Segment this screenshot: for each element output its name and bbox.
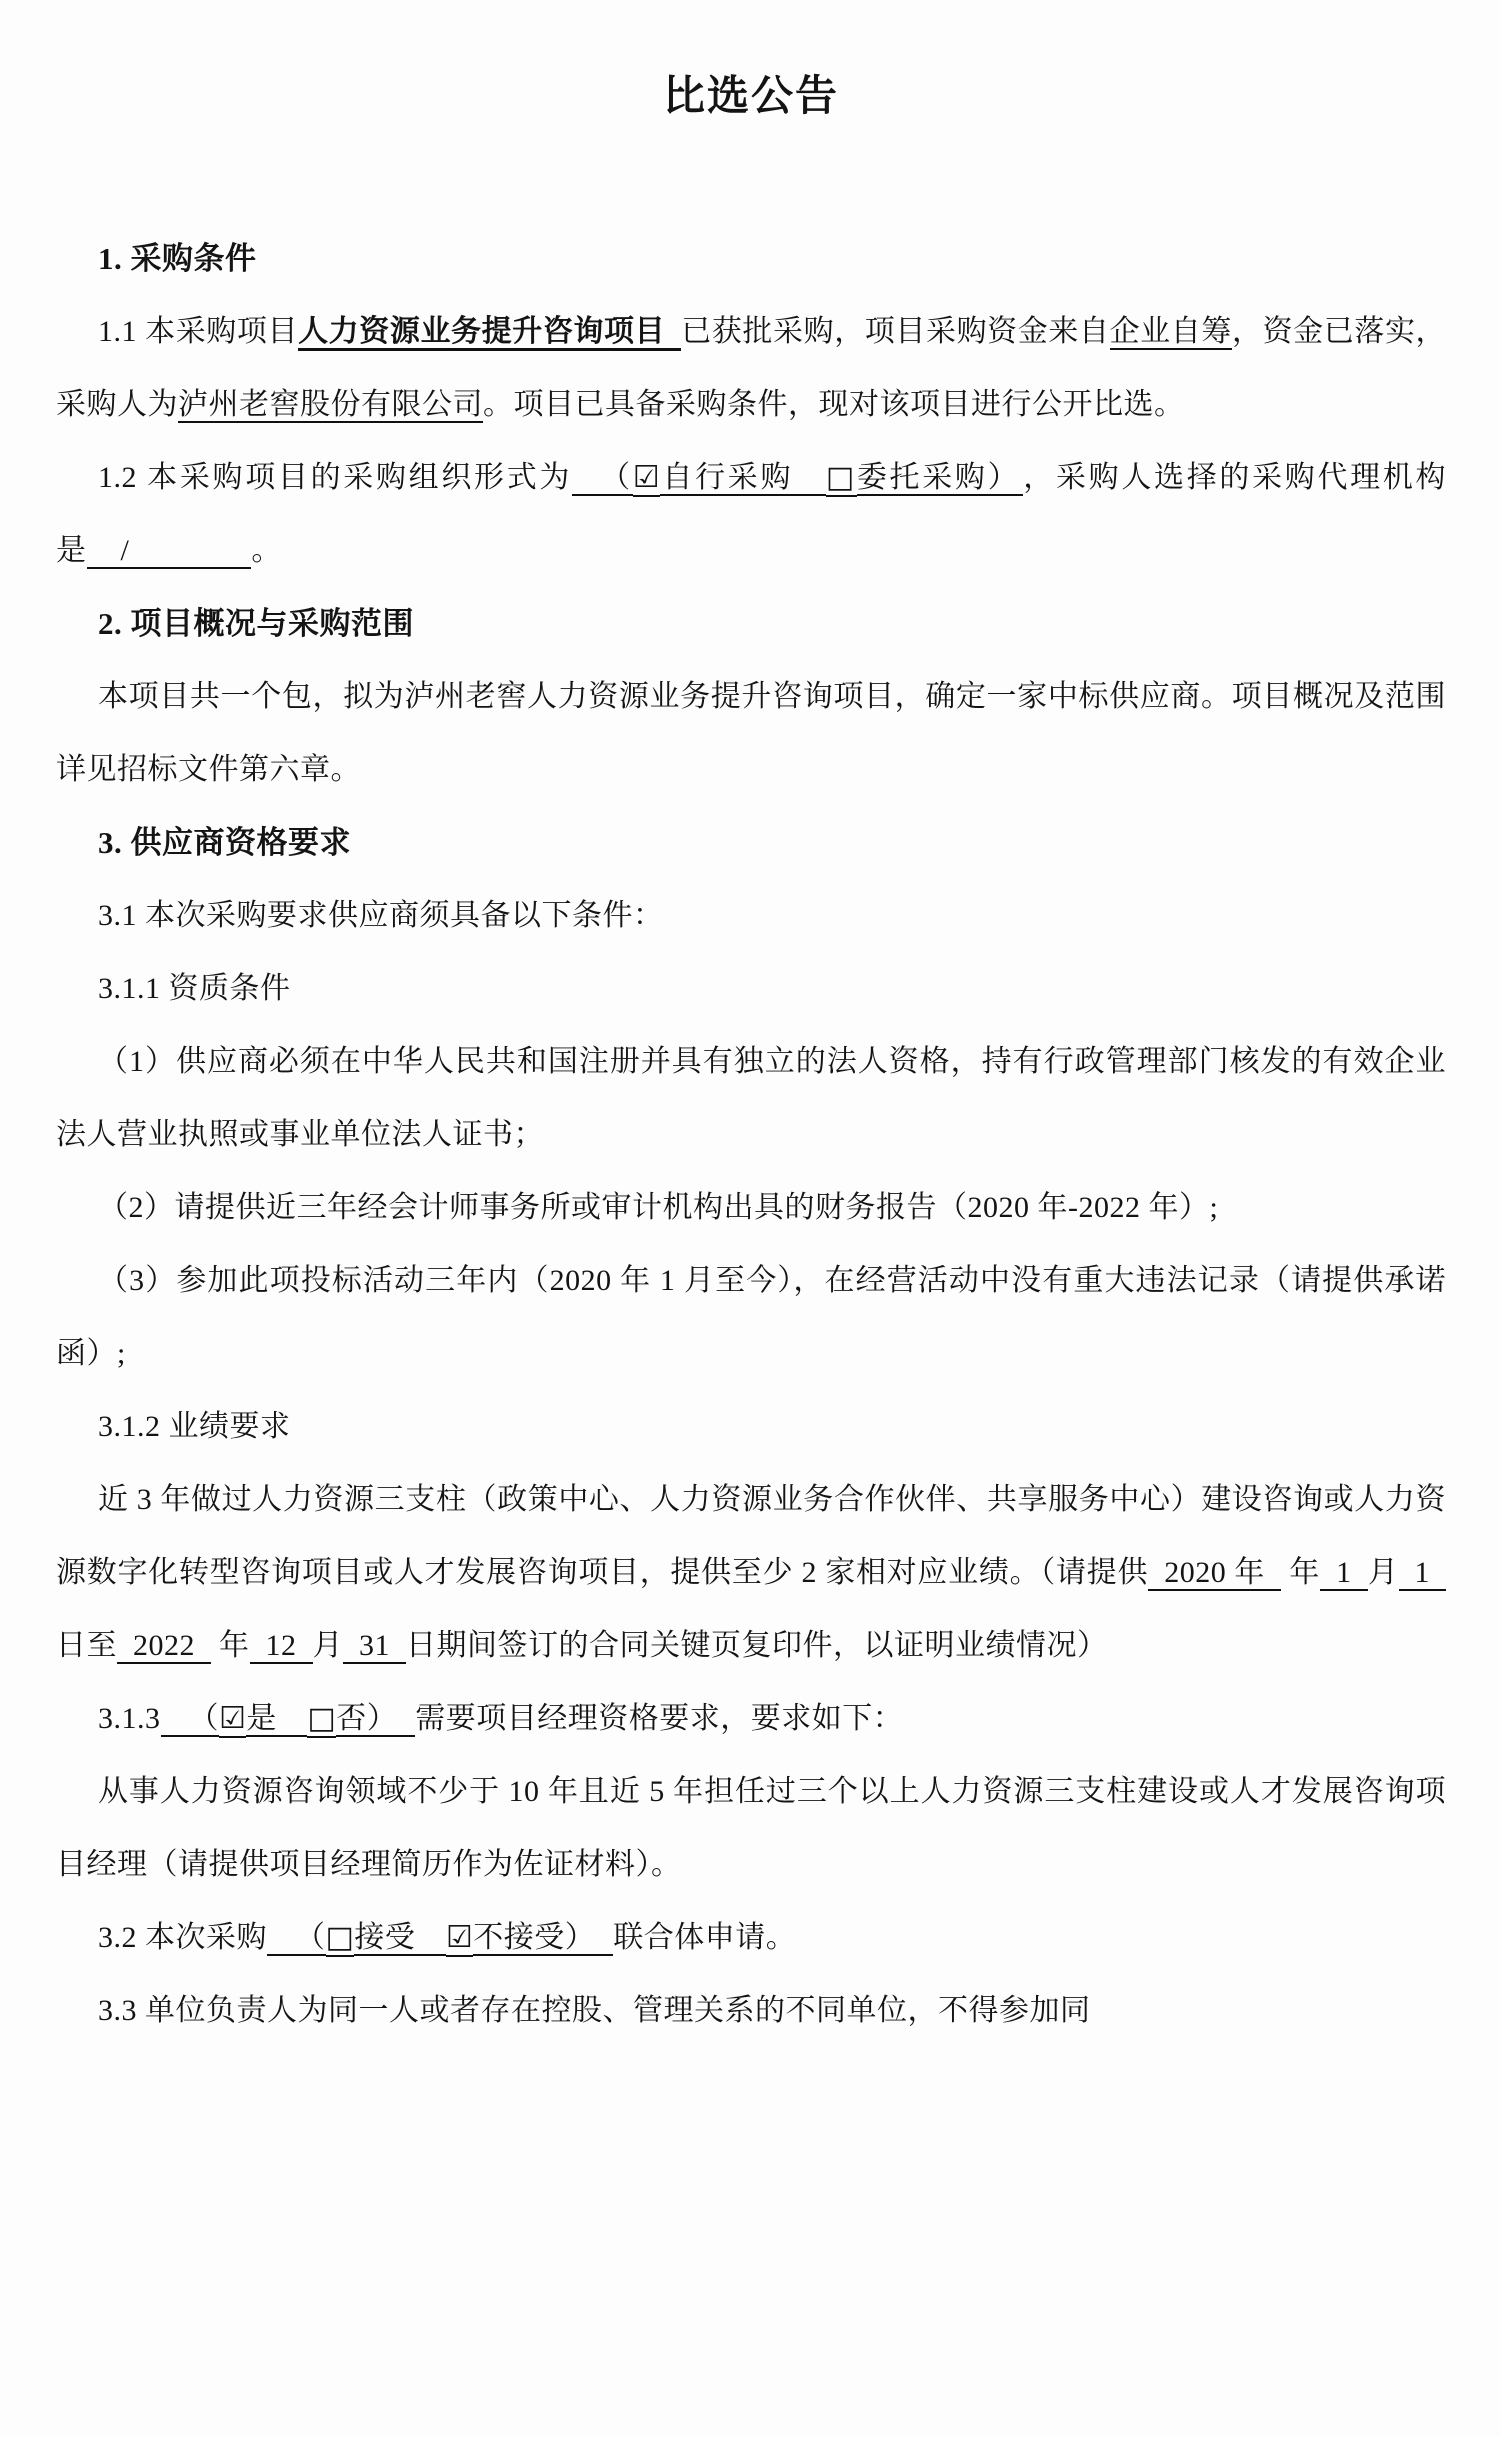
- text-run: 从事人力资源咨询领域不少于 10 年且近 5 年担任过三个以上人力资源三支柱建设…: [56, 1775, 1446, 1881]
- year-from-blank: 2020 年: [1148, 1556, 1281, 1591]
- checkbox-empty-icon: □: [307, 1701, 336, 1738]
- text-run: 3.1.1 资质条件: [98, 972, 291, 1005]
- text-run: 联合体申请。: [613, 1921, 796, 1954]
- text-run: 不接受）: [473, 1921, 613, 1956]
- text-run: 3.2 本次采购: [98, 1921, 267, 1954]
- day-to-blank: 31: [343, 1629, 406, 1664]
- para-2-overview: 本项目共一个包，拟为泸州老窖人力资源业务提升咨询项目，确定一家中标供应商。项目概…: [56, 660, 1446, 806]
- text-run: 月: [313, 1629, 344, 1662]
- funding-source: 企业自筹: [1110, 315, 1232, 350]
- checkbox-empty-icon: □: [326, 1920, 355, 1957]
- text-run: （3）参加此项投标活动三年内（2020 年 1 月至今），在经营活动中没有重大违…: [56, 1264, 1446, 1370]
- para-performance-detail: 近 3 年做过人力资源三支柱（政策中心、人力资源业务合作伙伴、共享服务中心）建设…: [56, 1463, 1446, 1682]
- document-body: 比选公告1. 采购条件1.1 本采购项目人力资源业务提升咨询项目已获批采购，项目…: [56, 72, 1446, 2047]
- para-3-3-same-legal-person: 3.3 单位负责人为同一人或者存在控股、管理关系的不同单位，不得参加同: [56, 1974, 1446, 2047]
- para-project-manager-detail: 从事人力资源咨询领域不少于 10 年且近 5 年担任过三个以上人力资源三支柱建设…: [56, 1755, 1446, 1901]
- text-run: 否）: [336, 1702, 415, 1737]
- month-from-blank: 1: [1320, 1556, 1368, 1591]
- document-page: 比选公告1. 采购条件1.1 本采购项目人力资源业务提升咨询项目已获批采购，项目…: [0, 0, 1500, 2047]
- para-3-1-3-project-manager-requirement: 3.1.3（☑是 □否）需要项目经理资格要求，要求如下：: [56, 1682, 1446, 1755]
- text-run: 本项目共一个包，拟为泸州老窖人力资源业务提升咨询项目，确定一家中标供应商。项目概…: [56, 680, 1446, 786]
- text-run: 接受: [354, 1921, 446, 1956]
- checkbox-empty-icon: □: [826, 460, 857, 497]
- text-run: 3.1.3: [98, 1702, 161, 1735]
- project-name: 人力资源业务提升咨询项目: [298, 315, 681, 351]
- para-qualification-item-3: （3）参加此项投标活动三年内（2020 年 1 月至今），在经营活动中没有重大违…: [56, 1244, 1446, 1390]
- text-run: （1）供应商必须在中华人民共和国注册并具有独立的法人资格，持有行政管理部门核发的…: [56, 1045, 1446, 1151]
- para-3-1-intro: 3.1 本次采购要求供应商须具备以下条件：: [56, 879, 1446, 952]
- text-run: （: [161, 1702, 220, 1737]
- text-run: 1.1 本采购项目: [98, 315, 298, 348]
- heading-3-supplier-qualifications: 3. 供应商资格要求: [56, 806, 1446, 879]
- text-run: 委托采购）: [857, 461, 1023, 496]
- checkbox-checked-icon: ☑: [633, 460, 660, 497]
- text-run: 3.1.2 业绩要求: [98, 1410, 291, 1443]
- text-run: 日期间签订的合同关键页复印件，以证明业绩情况）: [406, 1629, 1108, 1662]
- text-run: 是: [246, 1702, 307, 1737]
- text-run: 日至: [56, 1629, 117, 1662]
- day-from-blank: 1: [1399, 1556, 1447, 1591]
- para-3-1-2-performance-requirements: 3.1.2 业绩要求: [56, 1390, 1446, 1463]
- heading-2-project-overview: 2. 项目概况与采购范围: [56, 587, 1446, 660]
- year-to-blank: 2022: [117, 1629, 211, 1664]
- text-run: 。项目已具备采购条件，现对该项目进行公开比选。: [483, 388, 1185, 421]
- para-1-1-project-approval: 1.1 本采购项目人力资源业务提升咨询项目已获批采购，项目采购资金来自企业自筹，…: [56, 295, 1446, 441]
- text-run: 需要项目经理资格要求，要求如下：: [415, 1702, 903, 1735]
- agency-name-blank: /: [87, 534, 252, 569]
- text-run: 3. 供应商资格要求: [98, 825, 351, 860]
- month-to-blank: 12: [250, 1629, 313, 1664]
- text-run: 年: [211, 1629, 250, 1662]
- purchaser-name: 泸州老窖股份有限公司: [178, 388, 483, 423]
- text-run: 比选公告: [663, 74, 839, 120]
- para-3-1-1-qualification-conditions: 3.1.1 资质条件: [56, 952, 1446, 1025]
- text-run: 2. 项目概况与采购范围: [98, 606, 414, 641]
- para-qualification-item-2: （2）请提供近三年经会计师事务所或审计机构出具的财务报告（2020 年-2022…: [56, 1171, 1446, 1244]
- text-run: （2）请提供近三年经会计师事务所或审计机构出具的财务报告（2020 年-2022…: [98, 1191, 1218, 1224]
- text-run: 自行采购: [660, 461, 826, 496]
- checkbox-checked-icon: ☑: [446, 1920, 473, 1957]
- para-3-2-consortium: 3.2 本次采购（□接受 ☑不接受）联合体申请。: [56, 1901, 1446, 1974]
- text-run: 月: [1368, 1556, 1399, 1589]
- checkbox-checked-icon: ☑: [219, 1701, 246, 1738]
- text-run: （: [572, 461, 633, 496]
- para-1-2-organization-form: 1.2 本采购项目的采购组织形式为（☑自行采购 □委托采购），采购人选择的采购代…: [56, 441, 1446, 587]
- text-run: 。: [251, 534, 282, 567]
- para-qualification-item-1: （1）供应商必须在中华人民共和国注册并具有独立的法人资格，持有行政管理部门核发的…: [56, 1025, 1446, 1171]
- text-run: 3.1 本次采购要求供应商须具备以下条件：: [98, 899, 664, 932]
- text-run: 3.3 单位负责人为同一人或者存在控股、管理关系的不同单位，不得参加同: [98, 1994, 1091, 2027]
- text-run: （: [267, 1921, 326, 1956]
- text-run: 已获批采购，项目采购资金来自: [681, 315, 1109, 348]
- text-run: 1. 采购条件: [98, 241, 257, 276]
- heading-1-procurement-conditions: 1. 采购条件: [56, 222, 1446, 295]
- text-run: 1.2 本采购项目的采购组织形式为: [98, 461, 572, 494]
- doc-title: 比选公告: [56, 72, 1446, 122]
- text-run: 年: [1281, 1556, 1320, 1589]
